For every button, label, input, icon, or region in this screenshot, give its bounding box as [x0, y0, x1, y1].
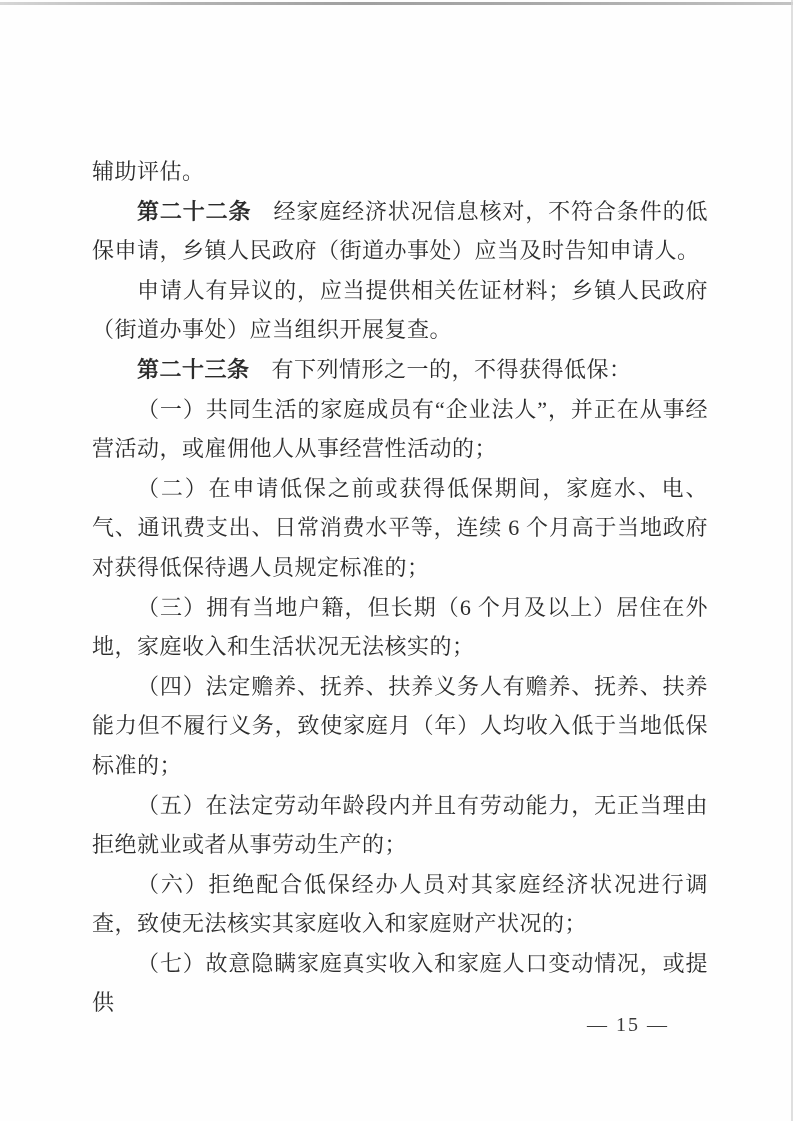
paragraph-text: （三）拥有当地户籍，但长期（6 个月及以上）居住在外地，家庭收入和生活状况无法核…: [92, 595, 708, 660]
paragraph: （四）法定赡养、抚养、扶养义务人有赡养、抚养、扶养能力但不履行义务，致使家庭月（…: [92, 667, 708, 786]
paragraph: 辅助评估。: [92, 152, 708, 192]
paragraph-text: （四）法定赡养、抚养、扶养义务人有赡养、抚养、扶养能力但不履行义务，致使家庭月（…: [92, 674, 708, 778]
paragraph: （二）在申请低保之前或获得低保期间，家庭水、电、气、通讯费支出、日常消费水平等，…: [92, 469, 708, 588]
page-footer: — 15 —: [587, 1014, 669, 1037]
paragraph-text: （七）故意隐瞒家庭真实收入和家庭人口变动情况，或提供: [92, 951, 708, 1016]
document-content: 辅助评估。第二十二条经家庭经济状况信息核对，不符合条件的低保申请，乡镇人民政府（…: [92, 152, 708, 1023]
document-page: 辅助评估。第二十二条经家庭经济状况信息核对，不符合条件的低保申请，乡镇人民政府（…: [0, 0, 793, 1121]
paragraph-text: （六）拒绝配合低保经办人员对其家庭经济状况进行调查，致使无法核实其家庭收入和家庭…: [92, 872, 708, 937]
page-number: — 15 —: [587, 1014, 669, 1036]
article-number: 第二十三条: [137, 357, 250, 382]
scan-edge-top-artifact: [0, 2, 793, 5]
paragraph-text: 申请人有异议的，应当提供相关佐证材料；乡镇人民政府（街道办事处）应当组织开展复查…: [92, 278, 708, 343]
paragraph-text: （五）在法定劳动年龄段内并且有劳动能力，无正当理由拒绝就业或者从事劳动生产的；: [92, 793, 708, 858]
paragraph: 申请人有异议的，应当提供相关佐证材料；乡镇人民政府（街道办事处）应当组织开展复查…: [92, 271, 708, 350]
paragraph: （七）故意隐瞒家庭真实收入和家庭人口变动情况，或提供: [92, 944, 708, 1023]
paragraph: （三）拥有当地户籍，但长期（6 个月及以上）居住在外地，家庭收入和生活状况无法核…: [92, 588, 708, 667]
article-number: 第二十二条: [137, 199, 251, 224]
paragraph: （六）拒绝配合低保经办人员对其家庭经济状况进行调查，致使无法核实其家庭收入和家庭…: [92, 865, 708, 944]
paragraph: （五）在法定劳动年龄段内并且有劳动能力，无正当理由拒绝就业或者从事劳动生产的；: [92, 786, 708, 865]
paragraph-text: （一）共同生活的家庭成员有“企业法人”，并正在从事经营活动，或雇佣他人从事经营性…: [92, 397, 708, 462]
paragraph-text: （二）在申请低保之前或获得低保期间，家庭水、电、气、通讯费支出、日常消费水平等，…: [92, 476, 708, 580]
article-paragraph: 第二十三条有下列情形之一的，不得获得低保：: [92, 350, 708, 390]
article-paragraph: 第二十二条经家庭经济状况信息核对，不符合条件的低保申请，乡镇人民政府（街道办事处…: [92, 192, 708, 271]
paragraph-text: 有下列情形之一的，不得获得低保：: [272, 357, 632, 382]
paragraph-text: 辅助评估。: [92, 159, 205, 184]
paragraph: （一）共同生活的家庭成员有“企业法人”，并正在从事经营活动，或雇佣他人从事经营性…: [92, 390, 708, 469]
